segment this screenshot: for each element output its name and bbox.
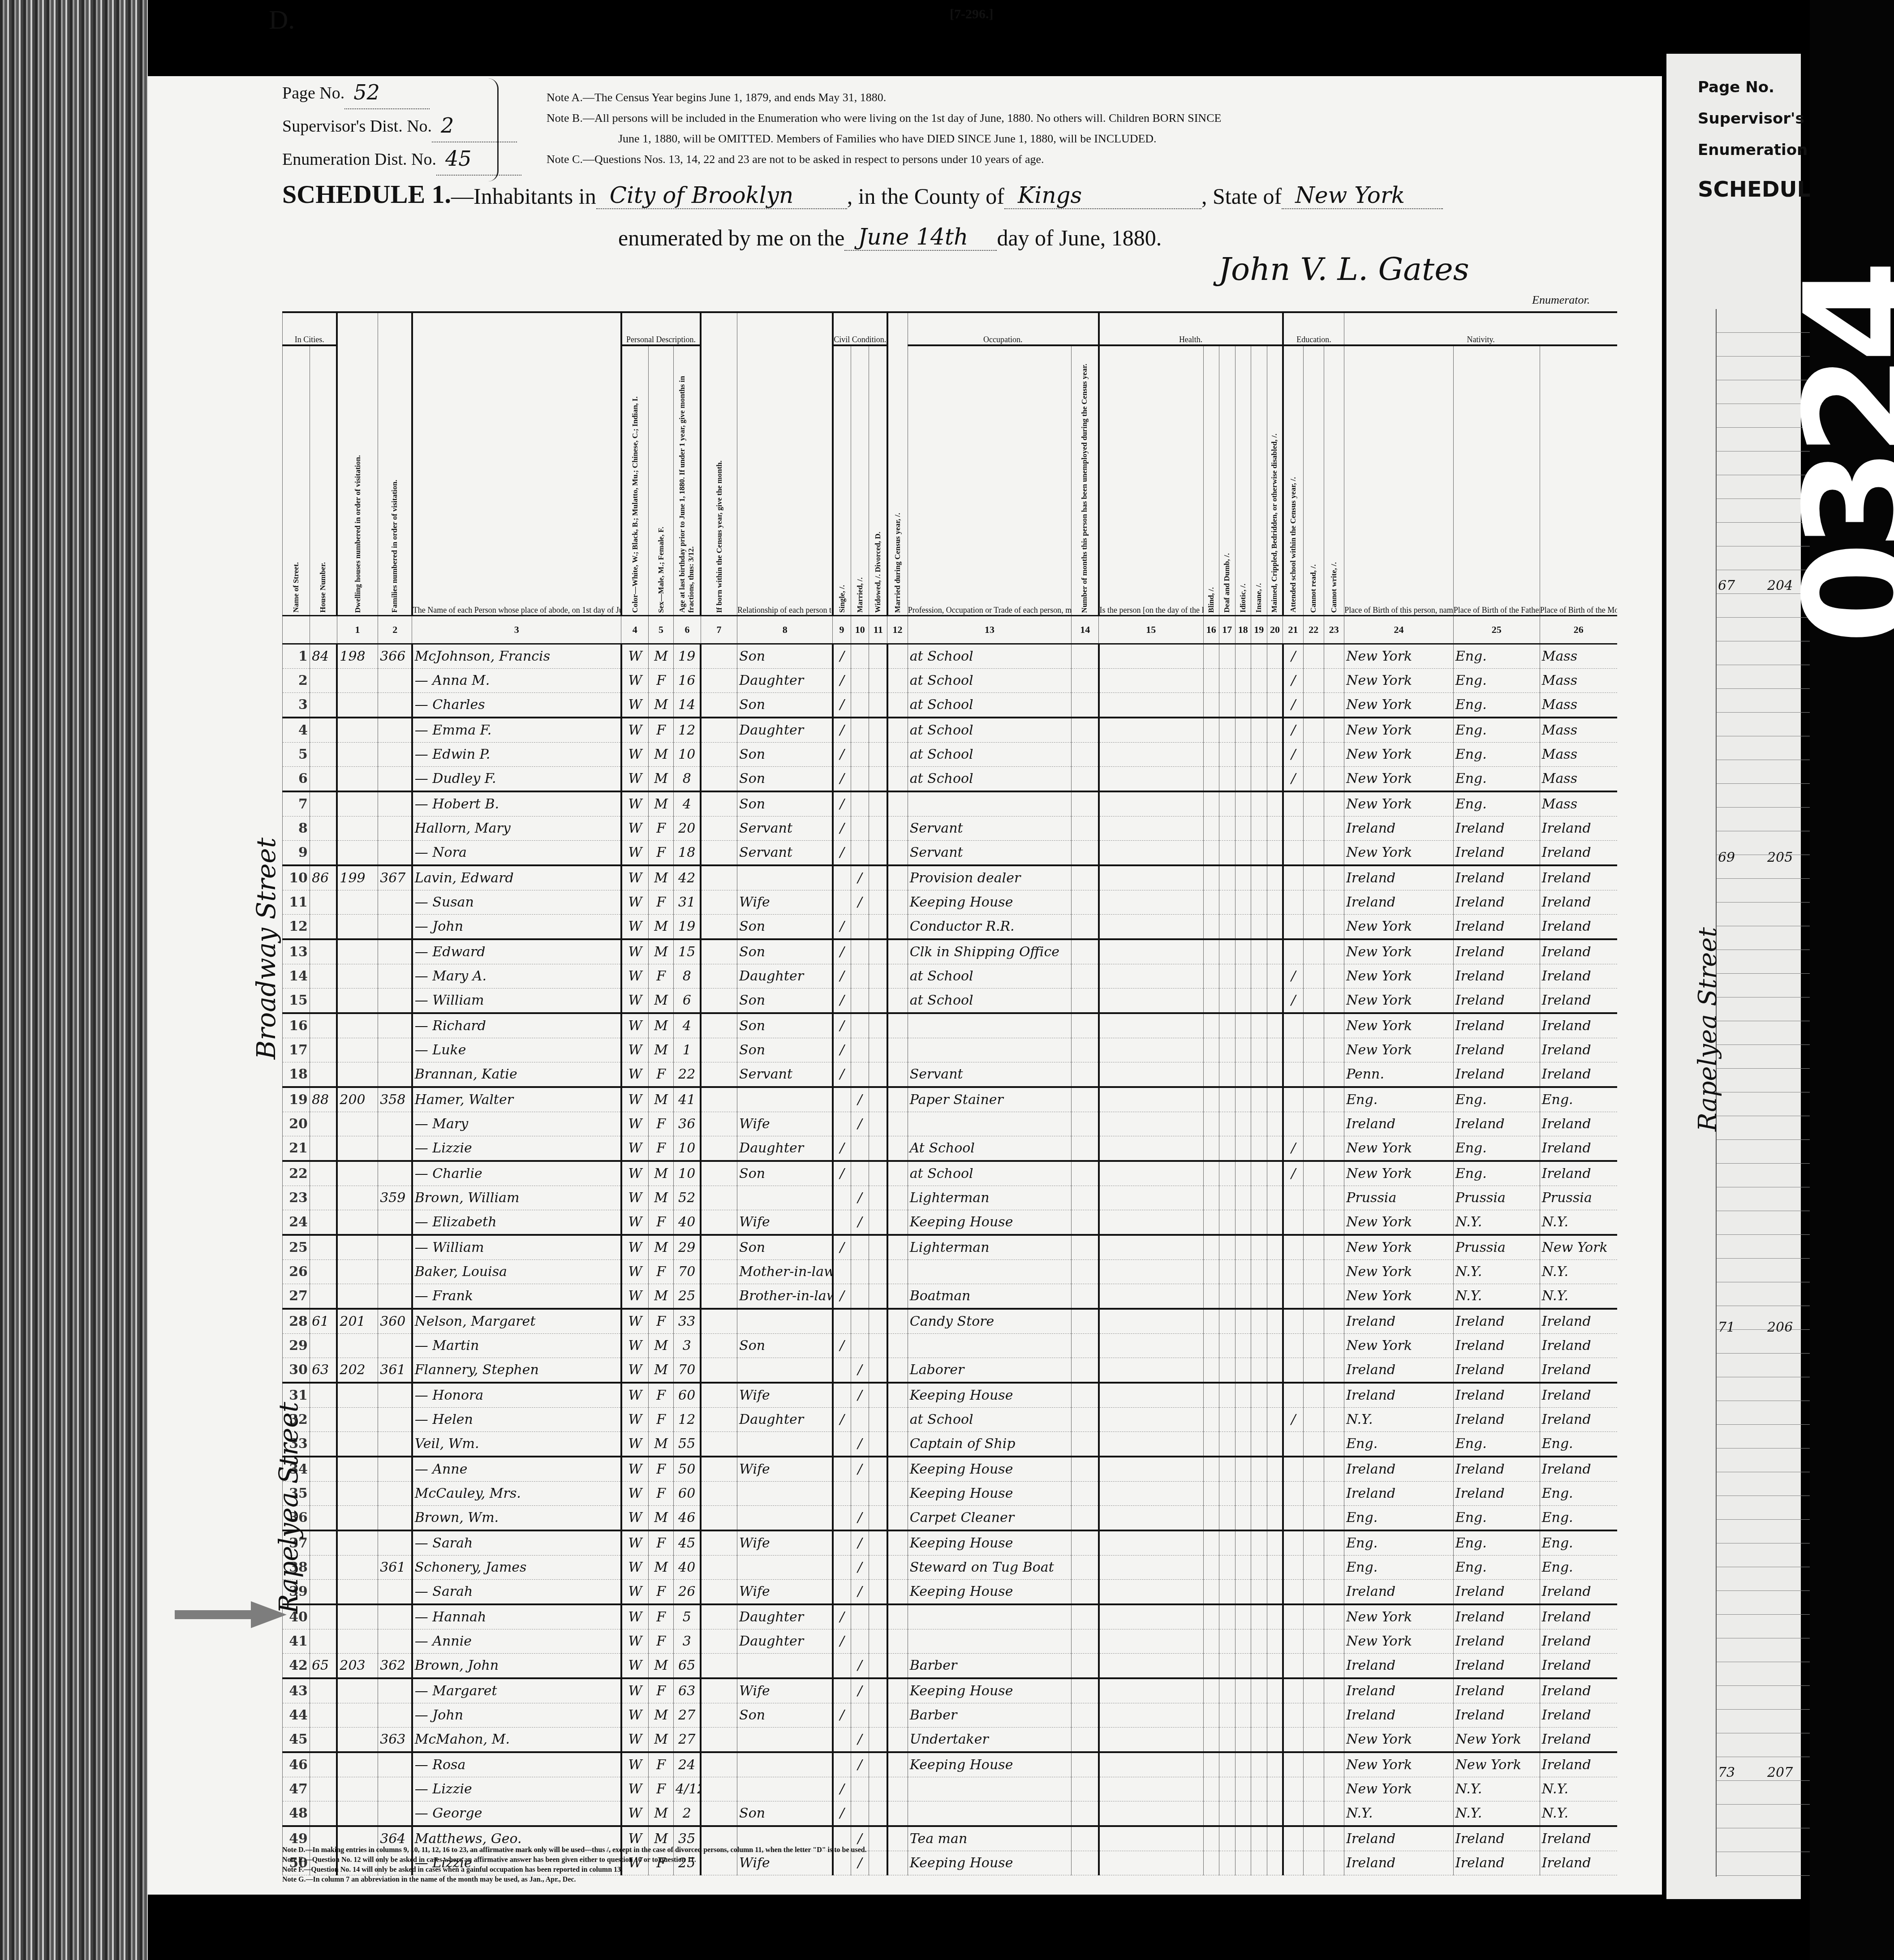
cell-c22 [1303,865,1324,890]
census-row: 4265203362Brown, JohnWM65/BarberIrelandI… [283,1654,1618,1679]
cell-single: / [833,1284,851,1309]
cell-mdcy [887,1112,908,1136]
cell-birth: Ireland [1344,1112,1454,1136]
state-value: New York [1282,182,1443,209]
cell-street: 1 [283,644,310,669]
cell-sick [1099,718,1203,743]
cell-b19 [1251,1678,1267,1703]
cell-street: 5 [283,743,310,767]
cell-mother: Ireland [1540,1383,1617,1408]
cell-married: / [851,1210,869,1235]
cell-house [310,1506,337,1531]
cell-b19 [1251,964,1267,989]
cell-family: 360 [378,1309,412,1334]
cell-birth: Ireland [1344,1358,1454,1383]
cell-family [378,1432,412,1457]
cell-mother: Eng. [1540,1482,1617,1506]
cell-married: / [851,1654,869,1679]
column-number: 16 [1203,616,1219,644]
cell-father: Eng. [1453,669,1540,693]
cell-b19 [1251,1136,1267,1161]
cell-dwelling [337,1457,378,1482]
cell-dwelling: 203 [337,1654,378,1679]
cell-mdcy [887,1654,908,1679]
cell-rel: Daughter [737,1629,833,1654]
cell-street: 15 [283,989,310,1014]
cell-mother: Prussia [1540,1186,1617,1210]
cell-house [310,1235,337,1260]
cell-rel [737,1087,833,1112]
cell-sex: M [649,1334,674,1358]
cell-c23 [1324,1161,1344,1186]
cell-married [851,1309,869,1334]
cell-occ: Servant [908,1062,1071,1087]
cell-b17 [1219,1013,1235,1038]
cell-month [701,1161,737,1186]
cell-dwelling [337,915,378,940]
cell-b17 [1219,939,1235,964]
cell-b18 [1235,1210,1251,1235]
education-header: Education. [1283,312,1344,345]
cell-birth: New York [1344,989,1454,1014]
cell-street: 48 [283,1801,310,1827]
cell-sex: M [649,1038,674,1062]
cell-c23 [1324,1334,1344,1358]
cell-c22 [1303,1629,1324,1654]
cell-rel: Son [737,1703,833,1728]
cell-occ: Conductor R.R. [908,915,1071,940]
cell-school [1283,1728,1304,1753]
col3-header: The Name of each Person whose place of a… [412,312,621,616]
cell-color: W [621,1728,649,1753]
cell-single [833,1432,851,1457]
cell-unemp [1072,1580,1099,1605]
cell-c22 [1303,1506,1324,1531]
cell-b18 [1235,1678,1251,1703]
cell-color: W [621,1530,649,1556]
cell-rel: Son [737,989,833,1014]
cell-birth: New York [1344,1728,1454,1753]
cell-name: — John [412,1703,621,1728]
cell-age: 16 [673,669,701,693]
cell-b17 [1219,1408,1235,1432]
cell-occ: at School [908,644,1071,669]
cell-mother: Ireland [1540,1408,1617,1432]
cell-house [310,1284,337,1309]
cell-c23 [1324,1457,1344,1482]
cell-mother: Ireland [1540,1703,1617,1728]
cell-single: / [833,989,851,1014]
cell-single: / [833,1136,851,1161]
cell-age: 3 [673,1629,701,1654]
street-margin-note: Broadway Street [251,838,281,1059]
cell-single [833,1186,851,1210]
cell-family [378,1457,412,1482]
cell-unemp [1072,669,1099,693]
cell-b18 [1235,1826,1251,1851]
cell-month [701,989,737,1014]
cell-mother: Ireland [1540,1604,1617,1629]
cell-street: 10 [283,865,310,890]
cell-dwelling [337,1752,378,1777]
cell-b19 [1251,1038,1267,1062]
cell-birth: Ireland [1344,1703,1454,1728]
cell-widowed [869,1777,887,1801]
cell-family [378,964,412,989]
cell-month [701,1752,737,1777]
cell-month [701,1801,737,1827]
cell-family [378,1038,412,1062]
cell-color: W [621,1087,649,1112]
cell-family [378,718,412,743]
cell-dwelling [337,1383,378,1408]
column-number: 26 [1540,616,1617,644]
cell-b18 [1235,1161,1251,1186]
cell-mdcy [887,915,908,940]
cell-occ: Servant [908,841,1071,866]
cell-occ: Boatman [908,1284,1071,1309]
cell-b18 [1235,693,1251,718]
cell-street: 28 [283,1309,310,1334]
cell-sick [1099,1801,1203,1827]
cell-mother: Ireland [1540,1654,1617,1679]
cell-month [701,1210,737,1235]
cell-sex: F [649,1752,674,1777]
cell-color: W [621,1062,649,1087]
cell-mdcy [887,1580,908,1605]
cell-b17 [1219,1309,1235,1334]
county-label: , in the County of [847,183,1004,209]
cell-unemp [1072,1038,1099,1062]
cell-rel [737,1309,833,1334]
cell-family [378,1530,412,1556]
cell-rel: Son [737,1013,833,1038]
cell-birth: New York [1344,1038,1454,1062]
cell-b20 [1267,865,1283,890]
cell-occ: Undertaker [908,1728,1071,1753]
cell-sex: M [649,743,674,767]
cell-mother: Ireland [1540,1309,1617,1334]
cell-age: 33 [673,1309,701,1334]
cell-sex: F [649,1383,674,1408]
cell-b18 [1235,1136,1251,1161]
cell-color: W [621,1506,649,1531]
cell-age: 27 [673,1703,701,1728]
cell-occ [908,1260,1071,1284]
cell-c22 [1303,1728,1324,1753]
cell-c23 [1324,1580,1344,1605]
cell-dwelling: 198 [337,644,378,669]
cell-father: Prussia [1453,1235,1540,1260]
cell-sick [1099,1851,1203,1875]
cell-c23 [1324,915,1344,940]
cell-widowed [869,865,887,890]
supervisor-label: Supervisor's Dist. No. [282,110,432,142]
cell-widowed [869,1703,887,1728]
cell-father: Eng. [1453,693,1540,718]
cell-rel: Daughter [737,718,833,743]
occupation-header: Occupation. [908,312,1098,345]
census-table: In Cities. Dwelling houses numbered in o… [282,311,1617,1875]
cell-b20 [1267,1654,1283,1679]
cell-occ [908,1112,1071,1136]
cell-father: Ireland [1453,841,1540,866]
cell-dwelling [337,1013,378,1038]
cell-widowed [869,1752,887,1777]
cell-father: Ireland [1453,1482,1540,1506]
cell-sex: F [649,1136,674,1161]
col19-header: Insane, /. [1251,345,1267,616]
cell-occ: At School [908,1136,1071,1161]
cell-b17 [1219,1136,1235,1161]
cell-month [701,1530,737,1556]
cell-b17 [1219,1432,1235,1457]
cell-mdcy [887,1013,908,1038]
cell-c22 [1303,1087,1324,1112]
cell-sick [1099,767,1203,792]
cell-occ: Keeping House [908,1457,1071,1482]
nativity-header: Nativity. [1344,312,1617,345]
cell-dwelling [337,1678,378,1703]
cell-house [310,693,337,718]
cell-c23 [1324,718,1344,743]
cell-widowed [869,964,887,989]
cell-unemp [1072,1358,1099,1383]
cell-dwelling [337,1334,378,1358]
cell-mother: Eng. [1540,1530,1617,1556]
cell-sick [1099,644,1203,669]
cell-single [833,1752,851,1777]
column-number: 18 [1235,616,1251,644]
cell-widowed [869,1530,887,1556]
cell-b19 [1251,817,1267,841]
cell-b20 [1267,1851,1283,1875]
cell-birth: New York [1344,841,1454,866]
schedule-title: SCHEDULE 1. [282,179,451,209]
cell-c23 [1324,890,1344,915]
cell-rel [737,1777,833,1801]
cell-b19 [1251,1358,1267,1383]
cell-father: Ireland [1453,915,1540,940]
cell-occ: at School [908,989,1071,1014]
cell-dwelling [337,1136,378,1161]
cell-c22 [1303,1457,1324,1482]
census-row: 9— NoraWF18Servant/ServantNew YorkIrelan… [283,841,1618,866]
cell-sick [1099,1013,1203,1038]
cell-age: 4 [673,791,701,817]
cell-family [378,1284,412,1309]
col9-header: Single, /. [833,345,851,616]
house-header: House Number. [310,345,337,616]
cell-family [378,1062,412,1087]
cell-house [310,964,337,989]
cell-house: 88 [310,1087,337,1112]
cell-c22 [1303,1260,1324,1284]
cell-sex: M [649,1087,674,1112]
census-row: 22— CharlieWM10Son/at School/New YorkEng… [283,1161,1618,1186]
cell-c23 [1324,1654,1344,1679]
cell-age: 36 [673,1112,701,1136]
cell-occ [908,1604,1071,1629]
cell-month [701,1678,737,1703]
cell-b16 [1203,1530,1219,1556]
cell-mdcy [887,1777,908,1801]
cell-b18 [1235,1556,1251,1580]
cell-married: / [851,1087,869,1112]
cell-b20 [1267,1482,1283,1506]
cell-birth: Ireland [1344,1654,1454,1679]
cell-street: 19 [283,1087,310,1112]
cell-b18 [1235,1629,1251,1654]
cell-rel: Servant [737,841,833,866]
cell-month [701,1260,737,1284]
note-e: Note E.—Question No. 12 will only be ask… [282,1855,867,1865]
cell-sex: M [649,767,674,792]
book-binding [0,0,148,1960]
cell-married: / [851,1383,869,1408]
cell-mother: Ireland [1540,1136,1617,1161]
cell-color: W [621,644,649,669]
cell-school [1283,841,1304,866]
cell-b18 [1235,1801,1251,1827]
cell-sex: M [649,644,674,669]
cell-b16 [1203,1284,1219,1309]
cell-age: 12 [673,718,701,743]
cell-sick [1099,989,1203,1014]
page-no-value: 52 [344,76,430,109]
cell-color: W [621,989,649,1014]
cell-father: Ireland [1453,890,1540,915]
census-row: 21— LizzieWF10Daughter/At School/New Yor… [283,1136,1618,1161]
column-number: 17 [1219,616,1235,644]
cell-sick [1099,1161,1203,1186]
cell-dwelling [337,964,378,989]
note-g: Note G.—In column 7 an abbreviation in t… [282,1875,867,1885]
cell-month [701,693,737,718]
cell-father: Eng. [1453,1506,1540,1531]
cell-b18 [1235,1087,1251,1112]
cell-dwelling [337,767,378,792]
cell-unemp [1072,1482,1099,1506]
cell-b16 [1203,1408,1219,1432]
cell-b16 [1203,890,1219,915]
cell-b17 [1219,693,1235,718]
cell-sick [1099,1334,1203,1358]
cell-b20 [1267,1432,1283,1457]
frame-stamp-number: 0324 [1792,269,1890,644]
cell-c23 [1324,841,1344,866]
page-no-label: Page No. [282,77,344,109]
column-number: 5 [649,616,674,644]
cell-month [701,1383,737,1408]
cell-name: — Edward [412,939,621,964]
cell-b18 [1235,1284,1251,1309]
cell-occ: Keeping House [908,1530,1071,1556]
cell-sex: F [649,817,674,841]
cell-occ: at School [908,1408,1071,1432]
cell-widowed [869,1309,887,1334]
note-d: Note D.—In making entries in columns 9, … [282,1845,867,1855]
cell-widowed [869,817,887,841]
cell-b19 [1251,718,1267,743]
census-row: 12— JohnWM19Son/Conductor R.R.New YorkIr… [283,915,1618,940]
cell-b18 [1235,1728,1251,1753]
cell-c22 [1303,718,1324,743]
cell-mdcy [887,1530,908,1556]
cell-c22 [1303,1038,1324,1062]
cell-c23 [1324,1284,1344,1309]
cell-b18 [1235,669,1251,693]
cell-c22 [1303,890,1324,915]
cell-father: Ireland [1453,1334,1540,1358]
cell-month [701,1482,737,1506]
cell-b18 [1235,915,1251,940]
cell-b18 [1235,939,1251,964]
cell-mother: Eng. [1540,1506,1617,1531]
cell-color: W [621,669,649,693]
cell-b16 [1203,1506,1219,1531]
form-letter: D. [269,4,295,35]
cell-married: / [851,1530,869,1556]
cell-b20 [1267,1062,1283,1087]
cell-dwelling [337,669,378,693]
cell-b18 [1235,1260,1251,1284]
cell-b20 [1267,1629,1283,1654]
cell-month [701,1038,737,1062]
cell-b16 [1203,1112,1219,1136]
cell-sick [1099,1210,1203,1235]
cell-school [1283,1186,1304,1210]
cell-rel [737,1186,833,1210]
cell-c23 [1324,1186,1344,1210]
cell-month [701,1087,737,1112]
cell-married: / [851,1112,869,1136]
cell-married [851,1062,869,1087]
cell-sex: F [649,1604,674,1629]
cell-b18 [1235,1703,1251,1728]
cell-b17 [1219,1457,1235,1482]
cell-school [1283,791,1304,817]
cell-school [1283,890,1304,915]
cell-month [701,1136,737,1161]
cell-b18 [1235,1334,1251,1358]
cell-b18 [1235,644,1251,669]
cell-street: 6 [283,767,310,792]
cell-occ [908,1013,1071,1038]
cell-unemp [1072,1062,1099,1087]
cell-house [310,915,337,940]
cell-color: W [621,1112,649,1136]
cell-c23 [1324,1777,1344,1801]
cell-b19 [1251,1728,1267,1753]
cell-b19 [1251,1408,1267,1432]
cell-single: / [833,1013,851,1038]
cell-month [701,1432,737,1457]
cell-sick [1099,1062,1203,1087]
cell-b20 [1267,890,1283,915]
cell-name: — Charles [412,693,621,718]
cell-c22 [1303,817,1324,841]
cell-mother: N.Y. [1540,1210,1617,1235]
cell-age: 6 [673,989,701,1014]
cell-c22 [1303,644,1324,669]
cell-house [310,1580,337,1605]
cell-b17 [1219,841,1235,866]
cell-c22 [1303,1408,1324,1432]
cell-house [310,1432,337,1457]
cell-b16 [1203,1062,1219,1087]
cell-rel: Wife [737,1530,833,1556]
